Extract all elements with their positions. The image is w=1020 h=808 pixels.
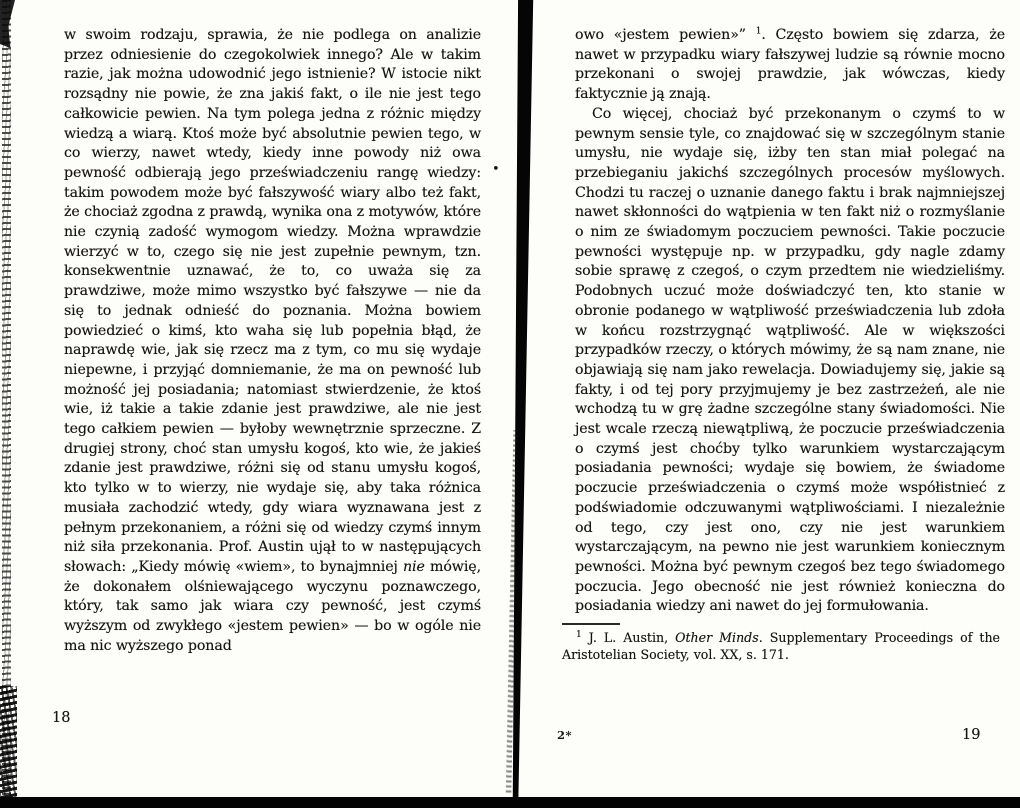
signature-mark: 2* [557,728,572,742]
scan-blob-top-left [0,0,15,48]
right-page-paragraph-2: Co więcej, chociaż być przekonanym o czy… [575,105,1005,617]
footnote: 1 J. L. Austin, Other Minds. Supplementa… [562,629,1000,663]
scan-blob-bottom-left [0,686,17,800]
right-paragraph1-part1: owo «jestem pewien»” [575,27,756,43]
footnote-part1: J. L. Austin, [582,630,675,645]
page-right: owo «jestem pewien»” 1. Często bowiem si… [575,26,1005,663]
footnote-italic-title: Other Minds [675,630,759,645]
scan-edge-bottom [0,797,1020,808]
margin-dot: • [492,162,500,177]
book-scan: • w swoim rodzaju, sprawia, że nie podle… [0,0,1020,808]
left-paragraph-italic-word: nie [403,559,425,575]
left-page-paragraph: w swoim rodzaju, sprawia, że nie podlega… [64,26,481,657]
left-paragraph-part1: w swoim rodzaju, sprawia, że nie podlega… [64,27,481,575]
page-left: w swoim rodzaju, sprawia, że nie podlega… [64,26,481,657]
footnote-separator [562,623,620,625]
right-page-paragraph-1: owo «jestem pewien»” 1. Często bowiem si… [575,26,1005,105]
page-number-left: 18 [52,710,70,726]
page-number-right: 19 [962,727,980,743]
